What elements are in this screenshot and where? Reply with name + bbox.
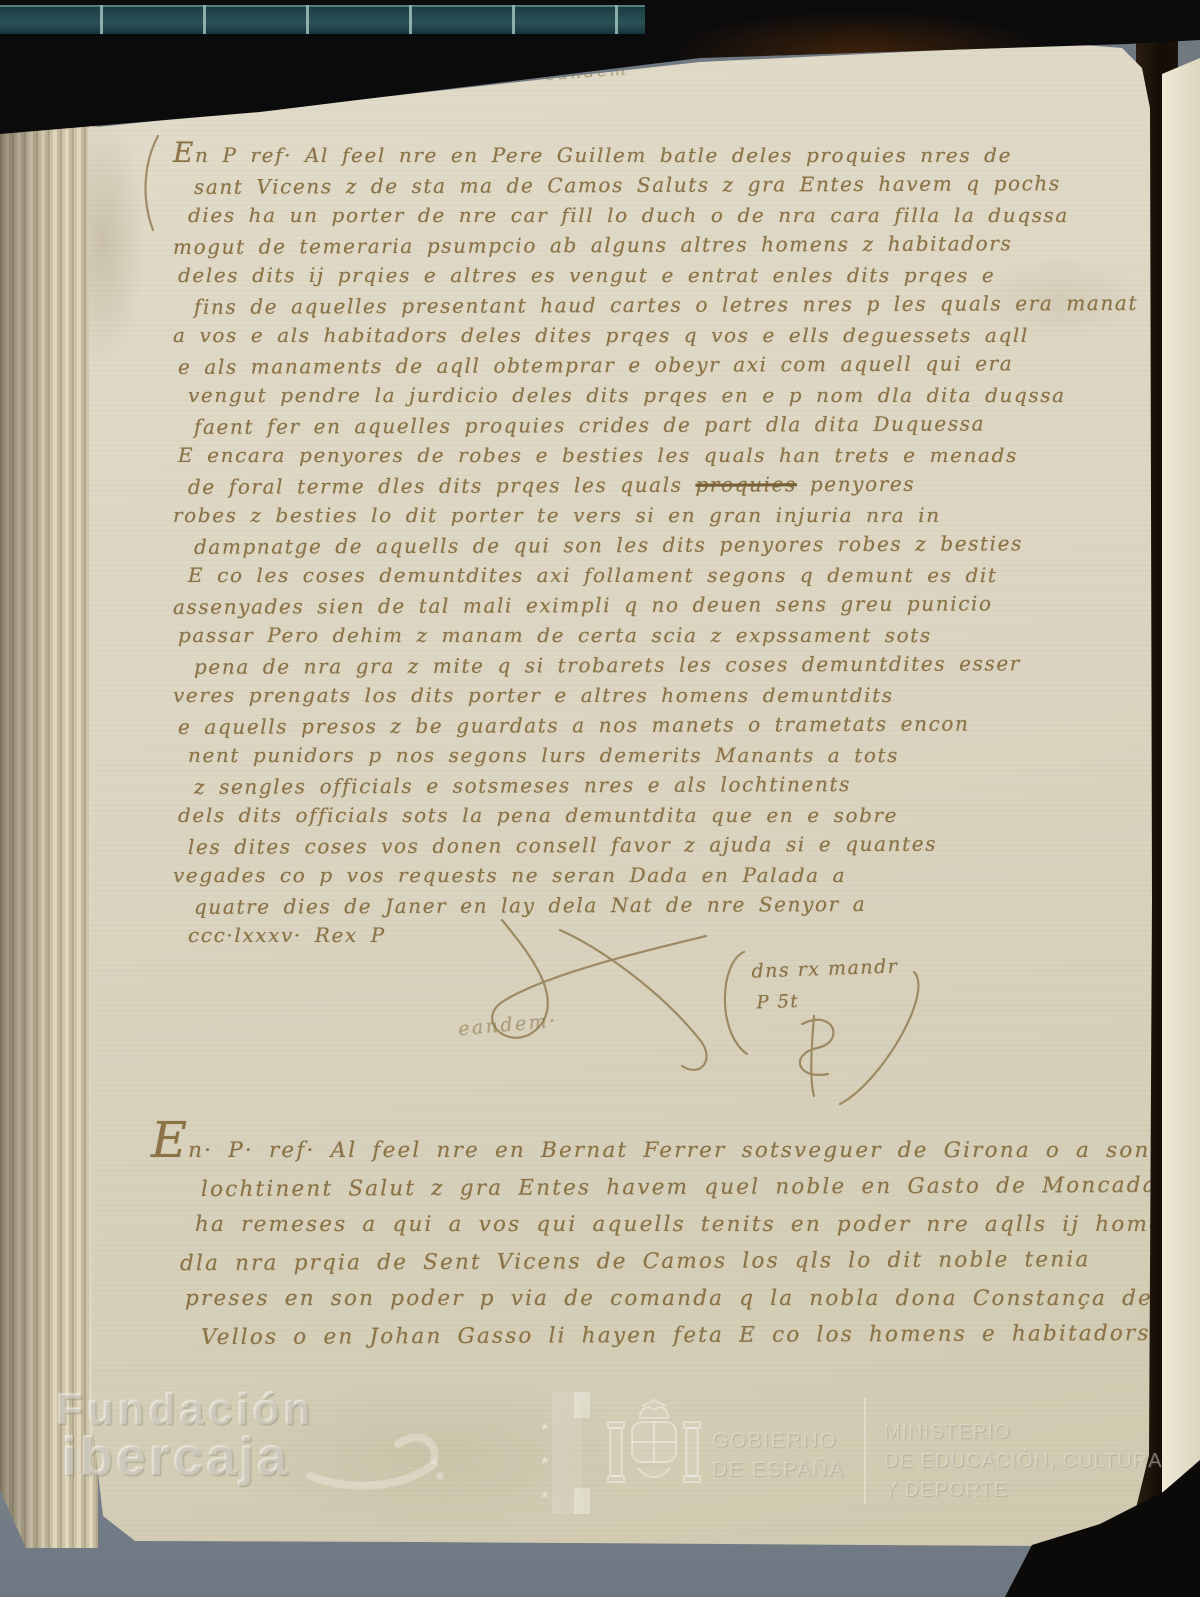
facing-page-edge [1162,58,1200,1506]
photo-backdrop: eandem· En P ref· Al feel nre en Pere Gu… [0,0,1200,1597]
ministerio-line2: DE EDUCACIÓN, CULTURA [884,1447,1200,1476]
manuscript-line: ha remeses a qui a vos qui aquells tenit… [195,1206,1145,1243]
watermark-divider [864,1398,866,1504]
eu-flag-bracket-bottom [574,1488,590,1514]
spain-coat-of-arms-icon [602,1398,706,1508]
manuscript-line: E encara penyores de robes e besties les… [178,440,1078,470]
manuscript-line: a vos e als habitadors deles dites prqes… [173,320,1078,350]
date-flourish-tail [560,930,707,1070]
ministerio-watermark: MINISTERIO DE EDUCACIÓN, CULTURA Y DEPOR… [884,1418,1200,1505]
manuscript-line: lochtinent Salut z gra Entes havem quel … [201,1167,1145,1208]
text-block-2: En· P· ref· Al feel nre en Bernat Ferrer… [185,1122,1145,1354]
manuscript-line: En P ref· Al feel nre en Pere Guillem ba… [173,138,1078,170]
manuscript-line: E co les coses demuntdites axi follament… [188,560,1078,590]
manuscript-line: dies ha un porter de nre car fill lo duc… [188,200,1078,230]
manuscript-line: e als manaments de aqll obtemprar e obey… [178,348,1078,382]
manuscript-line: veres prengats los dits porter e altres … [173,680,1078,710]
ministerio-line3: Y DEPORTE [884,1476,1200,1505]
ibercaja-logo-icon [302,1418,452,1513]
manuscript-line: les dites coses vos donen consell favor … [188,828,1078,862]
manuscript-line: Vellos o en Johan Gasso li hayen feta E … [201,1315,1145,1356]
manuscript-line: fins de aquelles presentant haud cartes … [194,288,1078,322]
manuscript-line: ccc·lxxxv· Rex P [188,920,1078,950]
chancery-bracket-stroke [725,952,747,1054]
gobierno-watermark: GOBIERNO DE ESPAÑA [712,1426,844,1484]
manuscript-line: dla nra prqia de Sent Vicens de Camos lo… [180,1241,1145,1282]
ministerio-line1: MINISTERIO [884,1418,1200,1447]
manuscript-line: pena de nra gra z mite q si trobarets le… [194,648,1078,682]
gobierno-line2: DE ESPAÑA [712,1455,844,1484]
eu-star-icon: ★ [540,1454,550,1467]
manuscript-line: deles dits ij prqies e altres es vengut … [178,260,1078,290]
manuscript-page: eandem· En P ref· Al feel nre en Pere Gu… [0,0,1200,1597]
manuscript-line: En· P· ref· Al feel nre en Bernat Ferrer… [151,1122,1145,1169]
eu-star-icon: ★ [540,1488,550,1501]
marginal-annotation-middle: eandem· [457,1010,558,1041]
ibercaja-watermark-text: ibercaja [62,1426,290,1488]
gobierno-line1: GOBIERNO [712,1426,844,1455]
manuscript-line: mogut de temeraria psumpcio ab alguns al… [173,228,1078,262]
struck-word: proquies [695,472,796,496]
manuscript-line: dels dits officials sots la pena demuntd… [178,800,1078,830]
manuscript-line: preses en son poder p via de comanda q l… [185,1280,1145,1317]
text-block-1: En P ref· Al feel nre en Pere Guillem ba… [178,138,1078,950]
chancery-note-line2: P 5t [756,987,900,1013]
chancery-note: dns rx mandr P 5t [751,955,900,1013]
manuscript-line: vengut pendre la jurdicio deles dits prq… [188,380,1078,410]
eu-star-icon: ★ [540,1420,550,1433]
manuscript-line: faent fer en aquelles proquies crides de… [194,408,1078,442]
scanner-ruler-icon [0,5,645,34]
manuscript-line: de foral terme dles dits prqes les quals… [188,468,1078,502]
book-fore-edge-pages [0,96,98,1548]
manuscript-line: assenyades sien de tal mali eximpli q no… [173,588,1078,622]
eu-flag-watermark: ★ ★ ★ [552,1392,582,1514]
eu-flag-bracket-top [574,1392,590,1418]
manuscript-line: passar Pero dehim z manam de certa scia … [178,620,1078,650]
opening-paren-stroke [146,136,158,230]
royal-paraph-stroke [800,1016,834,1096]
manuscript-line: robes z besties lo dit porter te vers si… [173,500,1078,530]
manuscript-line: dampnatge de aquells de qui son les dits… [194,528,1078,562]
manuscript-line: z sengles officials e sotsmeses nres e a… [194,768,1078,802]
manuscript-line: sant Vicens z de sta ma de Camos Saluts … [194,168,1078,202]
manuscript-line: nent punidors p nos segons lurs demerits… [188,740,1078,770]
manuscript-line: e aquells presos z be guardats a nos man… [178,708,1078,742]
chancery-note-line1: dns rx mandr [751,955,899,982]
manuscript-line: quatre dies de Janer en lay dela Nat de … [194,888,1078,922]
manuscript-line: vegades co p vos requests ne seran Dada … [173,860,1078,890]
